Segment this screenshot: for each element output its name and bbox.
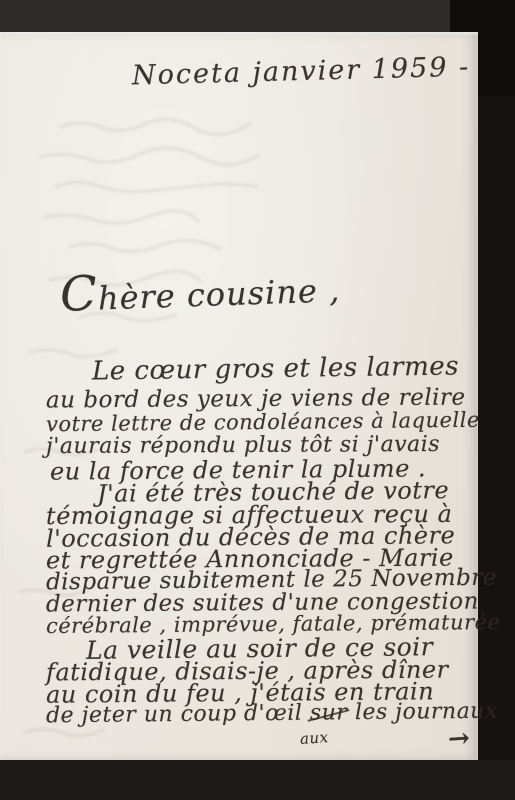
- scan-border-top: [0, 0, 515, 32]
- struck-word: sur: [310, 702, 348, 724]
- final-line-before: de jeter un coup d'œil: [46, 701, 310, 729]
- scan-border-right: [477, 0, 515, 800]
- scan-border-bottom: [0, 760, 515, 800]
- final-line-after: les journaux: [347, 699, 498, 726]
- letter-salutation: Chère cousine ,: [59, 261, 341, 319]
- handwriting-line-1: Le cœur gros et les larmes: [92, 353, 459, 384]
- handwriting-line-16: de jeter un coup d'œil sur les journaux: [46, 701, 498, 728]
- inserted-correction-word: aux: [300, 730, 330, 747]
- page-continuation-arrow-icon: →: [447, 725, 471, 752]
- scanned-letter-photo: Noceta janvier 1959 - Chère cousine , Le…: [0, 0, 515, 800]
